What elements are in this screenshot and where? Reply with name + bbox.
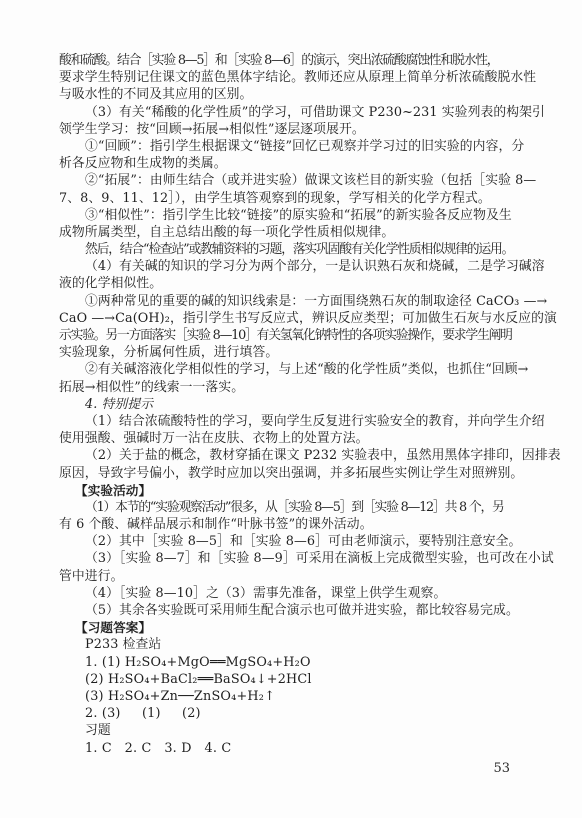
body-line: ②有关碱溶液化学相似性的学习，与上述“酸的化学性质”类似，也抓住“回顾→ [59, 361, 529, 378]
body-line: 有 6 个酸、碱样品展示和制作“叶脉书签”的课外活动。 [59, 516, 529, 533]
body-line: 使用强酸、强碱时万一沾在皮肤、衣物上的处置方法。 [59, 430, 529, 447]
subsection-heading-special-notes: 4. 特别提示 [59, 396, 529, 413]
body-line: （2）其中［实验 8—5］和［实验 8—6］可由老师演示，要特别注意安全。 [59, 533, 529, 550]
body-line: （3）［实验 8—7］和［实验 8—9］可采用在滴板上完成微型实验，也可改在小试 [59, 550, 529, 567]
body-line: 液的化学相似性。 [59, 275, 529, 292]
page-text: 酸和硫酸。结合［实验 8—5］和［实验 8—6］的演示，突出浓硫酸腐蚀性和脱水性… [59, 52, 529, 757]
answer-location-label: P233 检查站 [59, 636, 529, 653]
body-line: （4）有关碱的知识的学习分为两个部分，一是认识熟石灰和烧碱，二是学习碱溶 [59, 258, 529, 275]
body-line: 管中进行。 [59, 568, 529, 585]
body-line: （1）结合浓硫酸特性的学习，要向学生反复进行实验安全的教育，并向学生介绍 [59, 413, 529, 430]
body-line: （1）本节的“实验观察活动”很多，从［实验 8—5］到［实验 8—12］共 8 … [59, 499, 529, 516]
section-heading-experiment-activities: 【实验活动】 [59, 482, 529, 499]
body-line: 然后，结合“检查站”或教辅资料的习题，落实巩固酸有关化学性质相似规律的运用。 [59, 241, 529, 258]
chemical-equation: 1. (1) H₂SO₄+MgO══MgSO₄+H₂O [59, 654, 529, 671]
body-line: 原因，导致字号偏小，教学时应加以突出强调，并多拓展些实例让学生对照辨别。 [59, 465, 529, 482]
page-number: 53 [493, 761, 510, 776]
body-line: 酸和硫酸。结合［实验 8—5］和［实验 8—6］的演示，突出浓硫酸腐蚀性和脱水性… [59, 52, 529, 69]
body-line: 实验现象，分析属何性质，进行填答。 [59, 344, 529, 361]
body-line: ①两种常见的重要的碱的知识线索是：一方面围绕熟石灰的制取途径 CaCO₃ —→ [59, 293, 529, 310]
body-line: ③“相似性”：指引学生比较“链接”的原实验和“拓展”的新实验各反应物及生 [59, 207, 529, 224]
body-line: （4）［实验 8—10］之（3）需事先准备，课堂上供学生观察。 [59, 585, 529, 602]
answer-line: 1. C 2. C 3. D 4. C [59, 740, 529, 757]
body-line: ①“回顾”：指引学生根据课文“链接”回忆已观察并学习过的旧实验的内容，分 [59, 138, 529, 155]
body-line: 析各反应物和生成物的类属。 [59, 155, 529, 172]
body-line: CaO —→Ca(OH)₂，指引学生书写反应式，辨识反应类型；可加做生石灰与水反… [59, 310, 529, 327]
body-line: （3）有关“稀酸的化学性质”的学习，可借助课文 P230~231 实验列表的构架… [59, 104, 529, 121]
body-line: 7、8、9、11、12］），由学生填答观察到的现象，学写相关的化学方程式。 [59, 190, 529, 207]
body-line: 与吸水性的不同及其应用的区别。 [59, 86, 529, 103]
body-line: （2）关于盐的概念，教材穿插在课文 P232 实验表中，虽然用黑体字排印，因排表 [59, 447, 529, 464]
body-line: 领学生学习：按“回顾→拓展→相似性”逐层逐项展开。 [59, 121, 529, 138]
body-line: ②“拓展”：由师生结合（或并进实验）做课文该栏目的新实验（包括［实验 8— [59, 172, 529, 189]
body-line: 示实验。另一方面落实［实验 8—10］有关氢氧化钠特性的各项实验操作，要求学生阐… [59, 327, 529, 344]
answer-subheading-exercises: 习题 [59, 722, 529, 739]
chemical-equation: (3) H₂SO₄+Zn──ZnSO₄+H₂↑ [59, 688, 529, 705]
body-line: （5）其余各实验既可采用师生配合演示也可做并进实验，都比较容易完成。 [59, 602, 529, 619]
chemical-equation: (2) H₂SO₄+BaCl₂══BaSO₄↓+2HCl [59, 671, 529, 688]
body-line: 要求学生特别记住课文的蓝色黑体字结论。教师还应从原理上简单分析浓硫酸脱水性 [59, 69, 529, 86]
answer-line: 2. (3) (1) (2) [59, 705, 529, 722]
section-heading-exercise-answers: 【习题答案】 [59, 619, 529, 636]
body-line: 成物所属类型，自主总结出酸的每一项化学性质相似规律。 [59, 224, 529, 241]
document-page: 酸和硫酸。结合［实验 8—5］和［实验 8—6］的演示，突出浓硫酸腐蚀性和脱水性… [0, 0, 582, 818]
body-line: 拓展→相似性”的线索一一落实。 [59, 379, 529, 396]
